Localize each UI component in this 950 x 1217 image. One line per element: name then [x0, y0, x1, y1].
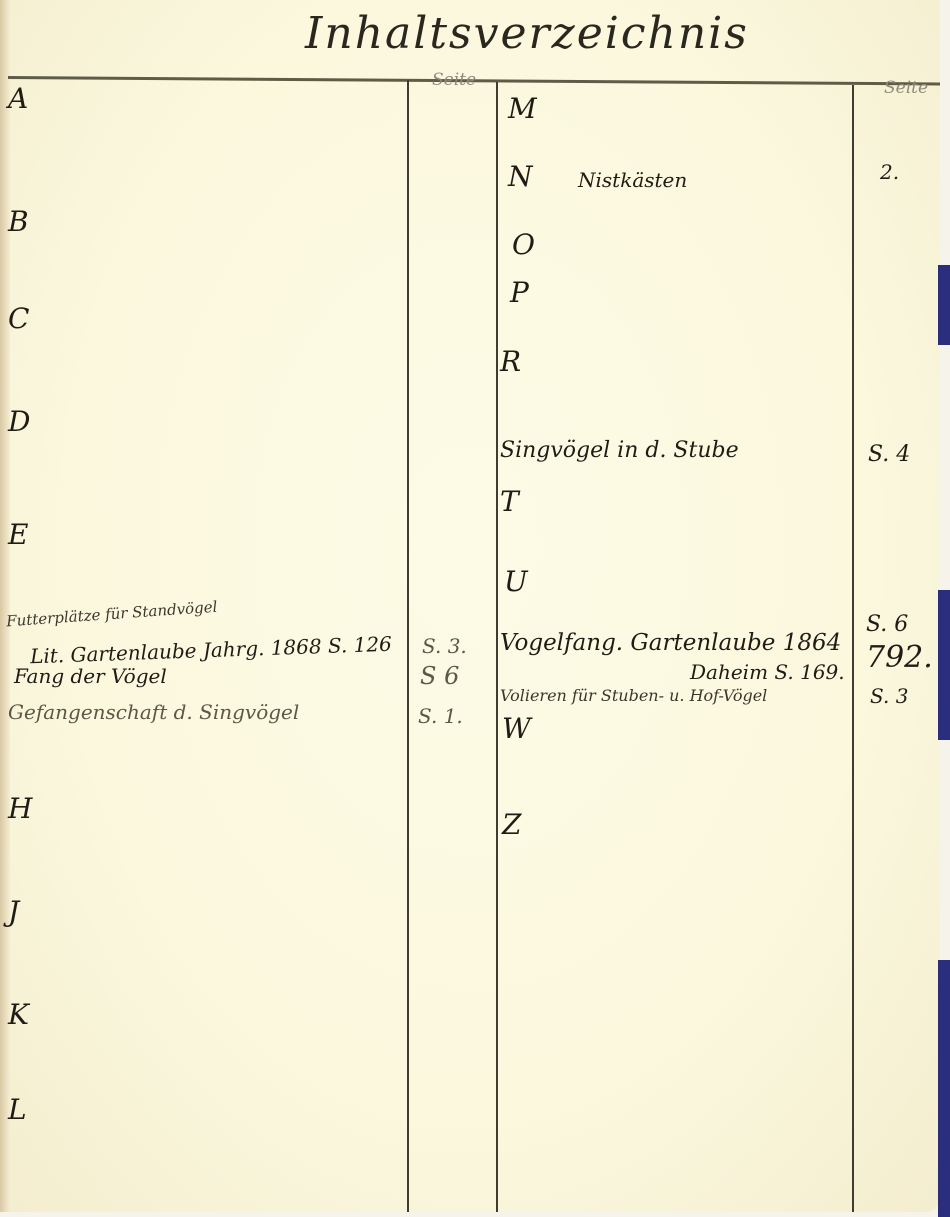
entry-fang-der-voegel: Fang der Vögel — [14, 664, 167, 688]
letter-u: U — [504, 565, 528, 598]
entry-vogelfang: Vogelfang. Gartenlaube 1864 — [500, 630, 841, 656]
index-page: Inhaltsverzeichnis Seite Seite A B C D E… — [0, 0, 940, 1212]
entry-gefangenschaft: Gefangenschaft d. Singvögel — [8, 700, 299, 724]
letter-n: N — [508, 160, 533, 193]
book-cover-edge — [938, 590, 950, 740]
letter-o: O — [512, 228, 535, 261]
right-page-column-divider — [852, 85, 854, 1212]
letter-e: E — [8, 518, 28, 551]
page-ref-nistkaesten: 2. — [880, 160, 899, 184]
letter-a: A — [8, 82, 28, 115]
letter-k: K — [8, 998, 29, 1031]
letter-m: M — [508, 92, 537, 125]
left-page-header: Seite — [432, 70, 476, 90]
letter-h: H — [8, 792, 32, 825]
entry-volieren: Volieren für Stuben- u. Hof-Vögel — [500, 686, 767, 705]
page-ref-gartenlaube: S. 3. — [422, 634, 467, 658]
letter-d: D — [8, 405, 30, 438]
left-page-column-divider — [407, 80, 409, 1212]
letter-p: P — [510, 276, 529, 309]
page-ref-vogelfang: S. 6 — [866, 612, 908, 637]
letter-l: L — [8, 1093, 27, 1126]
page-ref-singvoegel: S. 4 — [868, 442, 910, 467]
letter-r: R — [500, 345, 521, 378]
entry-futterplaetze: Futterplätze für Standvögel — [6, 598, 218, 631]
right-page-header: Seite — [884, 78, 928, 98]
letter-b: B — [8, 205, 29, 238]
page-ref-gefangenschaft: S. 1. — [418, 704, 463, 728]
page-ref-volieren: S. 3 — [870, 684, 908, 708]
letter-z: Z — [502, 808, 521, 841]
page-ref-fang: S 6 — [420, 662, 459, 690]
entry-nistkaesten: Nistkästen — [578, 168, 687, 192]
letter-w: W — [502, 712, 531, 745]
book-cover-edge — [938, 265, 950, 345]
letter-c: C — [8, 302, 29, 335]
entry-singvoegel: Singvögel in d. Stube — [500, 438, 739, 463]
page-ref-daheim: 792. — [866, 640, 933, 675]
middle-divider — [496, 82, 498, 1212]
letter-t: T — [500, 485, 519, 518]
page-title: Inhaltsverzeichnis — [305, 8, 749, 59]
entry-daheim: Daheim S. 169. — [690, 660, 845, 684]
book-cover-edge — [938, 960, 950, 1217]
letter-j: J — [8, 895, 19, 928]
entry-gartenlaube-1868: Lit. Gartenlaube Jahrg. 1868 S. 126 — [30, 632, 392, 669]
